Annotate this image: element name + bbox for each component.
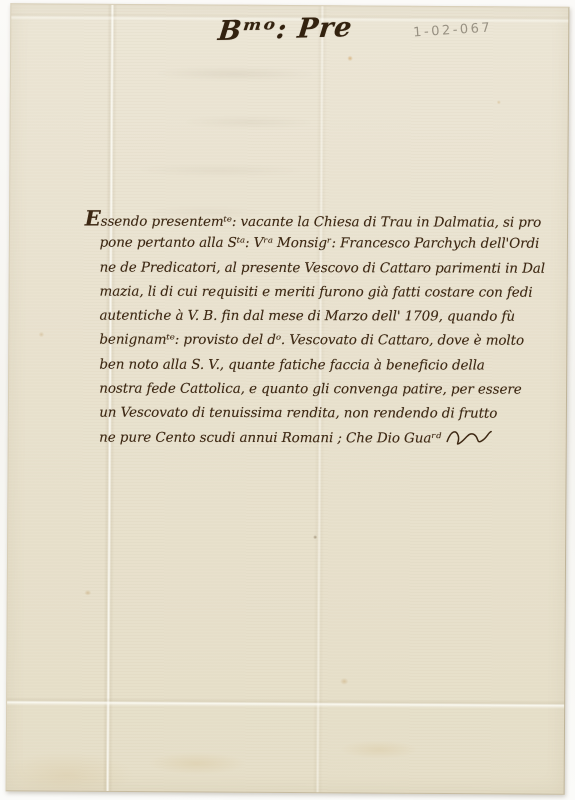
- manuscript-line: pone pertanto alla Sᵗᵃ: Vʳᵃ Monsigʳ: Fra…: [85, 231, 525, 256]
- manuscript-line: ne de Predicatori, al presente Vescovo d…: [85, 255, 525, 280]
- manuscript-line: ne pure Cento scudi annui Romani ; Che D…: [84, 425, 524, 450]
- manuscript-line-text: autentiche à V. B. fin dal mese di Marzo…: [99, 308, 515, 325]
- manuscript-line: ben noto alla S. V., quante fatiche facc…: [84, 352, 524, 377]
- manuscript-line-text: ne de Predicatori, al presente Vescovo d…: [100, 259, 545, 276]
- manuscript-line-text: ne pure Cento scudi annui Romani ; Che D…: [99, 429, 441, 446]
- paraph-flourish-icon: [446, 428, 492, 446]
- manuscript-line-text: mazia, li di cui requisiti e meriti furo…: [100, 283, 533, 300]
- manuscript-line-text: ben noto alla S. V., quante fatiche facc…: [99, 356, 484, 373]
- manuscript-line: mazia, li di cui requisiti e meriti furo…: [84, 279, 524, 304]
- manuscript-line-text: pone pertanto alla Sᵗᵃ: Vʳᵃ Monsigʳ: Fra…: [100, 235, 540, 252]
- archival-number-pencil: 1-02-067: [413, 21, 493, 41]
- paper-sheet: Bᵐᵒ: Pre 1-02-067 Essendo presentemᵗᵉ: v…: [6, 3, 570, 794]
- manuscript-line: benignamᵗᵉ: provisto del dᵒ. Vescovato d…: [84, 328, 524, 353]
- manuscript-line: un Vescovato di tenuissima rendita, non …: [84, 401, 524, 426]
- manuscript-line-text: nostra fede Cattolica, e quanto gli conv…: [99, 381, 521, 398]
- manuscript-text-block: Essendo presentemᵗᵉ: vacante la Chiesa d…: [84, 207, 525, 451]
- manuscript-line: Essendo presentemᵗᵉ: vacante la Chiesa d…: [85, 207, 525, 232]
- heading-monogram: Bᵐᵒ: Pre: [217, 12, 355, 47]
- manuscript-line: nostra fede Cattolica, e quanto gli conv…: [84, 377, 524, 402]
- manuscript-line-text: Essendo presentemᵗᵉ: vacante la Chiesa d…: [85, 214, 542, 231]
- manuscript-line: autentiche à V. B. fin dal mese di Marzo…: [84, 304, 524, 329]
- scan-background: Bᵐᵒ: Pre 1-02-067 Essendo presentemᵗᵉ: v…: [0, 0, 575, 800]
- horizontal-fold-crease-bottom: [7, 697, 564, 708]
- manuscript-line-text: un Vescovato di tenuissima rendita, non …: [99, 405, 497, 422]
- manuscript-line-text: benignamᵗᵉ: provisto del dᵒ. Vescovato d…: [99, 332, 524, 349]
